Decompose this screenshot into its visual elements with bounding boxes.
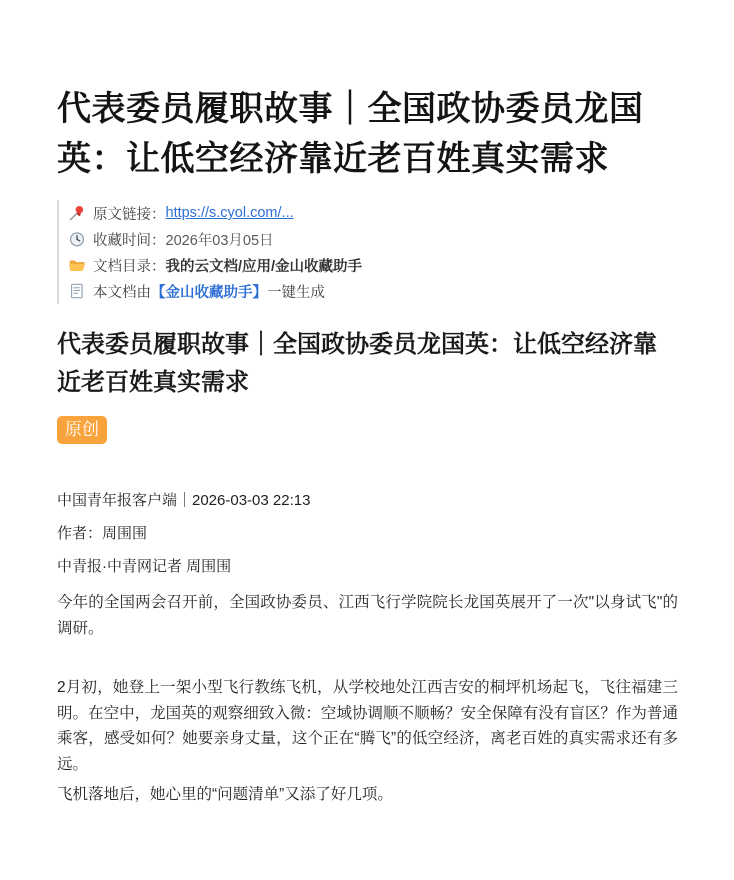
document-icon — [68, 282, 86, 300]
source-link[interactable]: https://s.cyol.com/... — [166, 205, 294, 221]
article-heading-line-2: 近老百姓真实需求 — [57, 364, 678, 402]
time-value: 2026年03月05日 — [166, 229, 274, 250]
generated-suffix: 一键生成 — [267, 281, 325, 302]
directory-label: 文档目录： — [93, 255, 166, 276]
page-content: 代表委员履职故事｜全国政协委员龙国 英：让低空经济靠近老百姓真实需求 原文链接：… — [0, 0, 734, 808]
article-body: 今年的全国两会召开前，全国政协委员、江西飞行学院院长龙国英展开了一次"以身试飞"… — [57, 590, 678, 808]
reporter-line: 中青报·中青网记者 周围围 — [57, 557, 678, 576]
metadata-block: 原文链接： https://s.cyol.com/... 收藏时间： 2026年… — [57, 200, 678, 304]
generated-prefix: 本文档由 — [93, 281, 151, 302]
paragraph-2: 2月初，她登上一架小型飞行教练飞机，从学校地处江西吉安的桐坪机场起飞，飞往福建三… — [57, 675, 678, 777]
pushpin-icon — [68, 204, 86, 222]
source-label: 原文链接： — [93, 203, 166, 224]
clock-icon — [68, 230, 86, 248]
original-badge: 原创 — [57, 416, 107, 444]
byline-block: 中国青年报客户端｜2026-03-03 22:13 作者：周围围 中青报·中青网… — [57, 491, 678, 576]
meta-row-source: 原文链接： https://s.cyol.com/... — [68, 200, 678, 226]
brand-link[interactable]: 【金山收藏助手】 — [151, 281, 267, 302]
document-page: { "title": { "line1": "代表委员履职故事｜全国政协委员龙国… — [0, 0, 734, 880]
page-title-line-2: 英：让低空经济靠近老百姓真实需求 — [57, 134, 678, 184]
article-heading-line-1: 代表委员履职故事｜全国政协委员龙国英：让低空经济靠 — [57, 326, 678, 364]
paragraph-1: 今年的全国两会召开前，全国政协委员、江西飞行学院院长龙国英展开了一次"以身试飞"… — [57, 590, 678, 641]
author-line: 作者：周围围 — [57, 524, 678, 543]
article-heading: 代表委员履职故事｜全国政协委员龙国英：让低空经济靠 近老百姓真实需求 — [57, 326, 678, 402]
meta-row-generated: 本文档由 【金山收藏助手】 一键生成 — [68, 278, 678, 304]
paragraph-3: 飞机落地后，她心里的“问题清单”又添了好几项。 — [57, 782, 678, 808]
source-line: 中国青年报客户端｜2026-03-03 22:13 — [57, 491, 678, 510]
folder-icon — [68, 256, 86, 274]
directory-value: 我的云文档/应用/金山收藏助手 — [166, 255, 363, 276]
meta-row-directory: 文档目录： 我的云文档/应用/金山收藏助手 — [68, 252, 678, 278]
meta-row-time: 收藏时间： 2026年03月05日 — [68, 226, 678, 252]
page-title: 代表委员履职故事｜全国政协委员龙国 英：让低空经济靠近老百姓真实需求 — [57, 84, 678, 184]
page-title-line-1: 代表委员履职故事｜全国政协委员龙国 — [57, 84, 678, 134]
time-label: 收藏时间： — [93, 229, 166, 250]
